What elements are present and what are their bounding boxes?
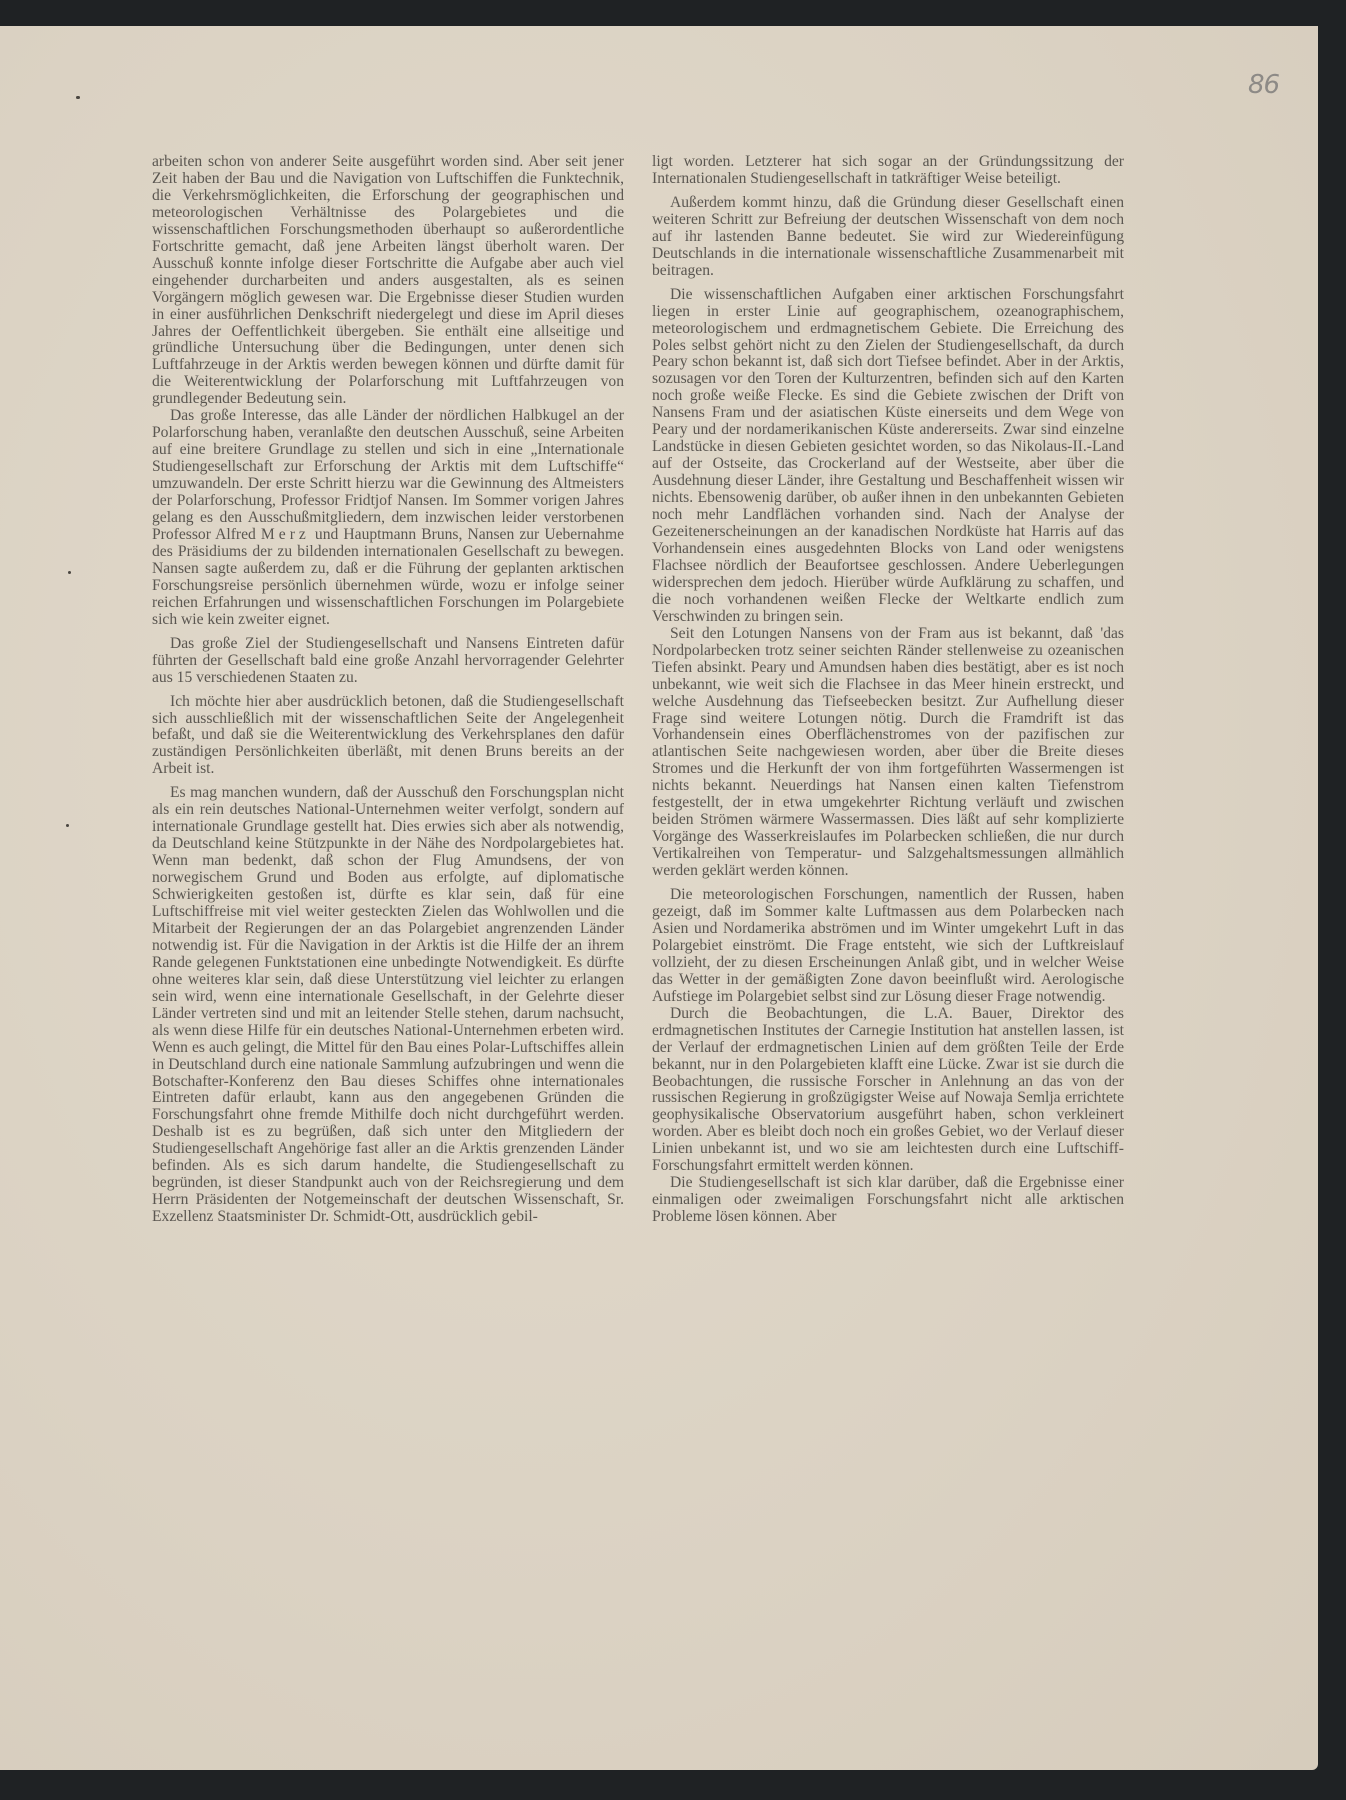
paragraph: Die wissenschaftlichen Aufgaben einer ar…: [652, 287, 1124, 626]
paper-speck: [68, 571, 71, 574]
paper-speck: [66, 824, 69, 827]
paragraph: Die Studiengesellschaft ist sich klar da…: [652, 1175, 1124, 1226]
paragraph: Es mag manchen wundern, daß der Ausschuß…: [152, 785, 624, 1226]
paragraph: ligt worden. Letzterer hat sich sogar an…: [652, 154, 1124, 188]
paragraph: Seit den Lotungen Nansens von der Fram a…: [652, 626, 1124, 880]
paragraph: Durch die Beobachtungen, die L.A. Bauer,…: [652, 1006, 1124, 1176]
paragraph: Das große Interesse, das alle Länder der…: [152, 408, 624, 628]
handwritten-page-number: 86: [1248, 70, 1279, 100]
left-text-column: arbeiten schon von anderer Seite ausgefü…: [152, 154, 624, 1226]
paragraph: Das große Ziel der Studiengesellschaft u…: [152, 636, 624, 687]
paragraph: Ich möchte hier aber ausdrücklich betone…: [152, 694, 624, 779]
right-text-column: ligt worden. Letzterer hat sich sogar an…: [652, 154, 1124, 1226]
paragraph: Die meteorologischen Forschungen, nament…: [652, 887, 1124, 1006]
paper-speck: [76, 96, 80, 99]
spaced-name-merz: Merz: [261, 526, 310, 543]
paragraph-text: Das große Interesse, das alle Länder der…: [152, 407, 624, 543]
paragraph: arbeiten schon von anderer Seite ausgefü…: [152, 154, 624, 408]
paragraph: Außerdem kommt hinzu, daß die Gründung d…: [652, 195, 1124, 280]
